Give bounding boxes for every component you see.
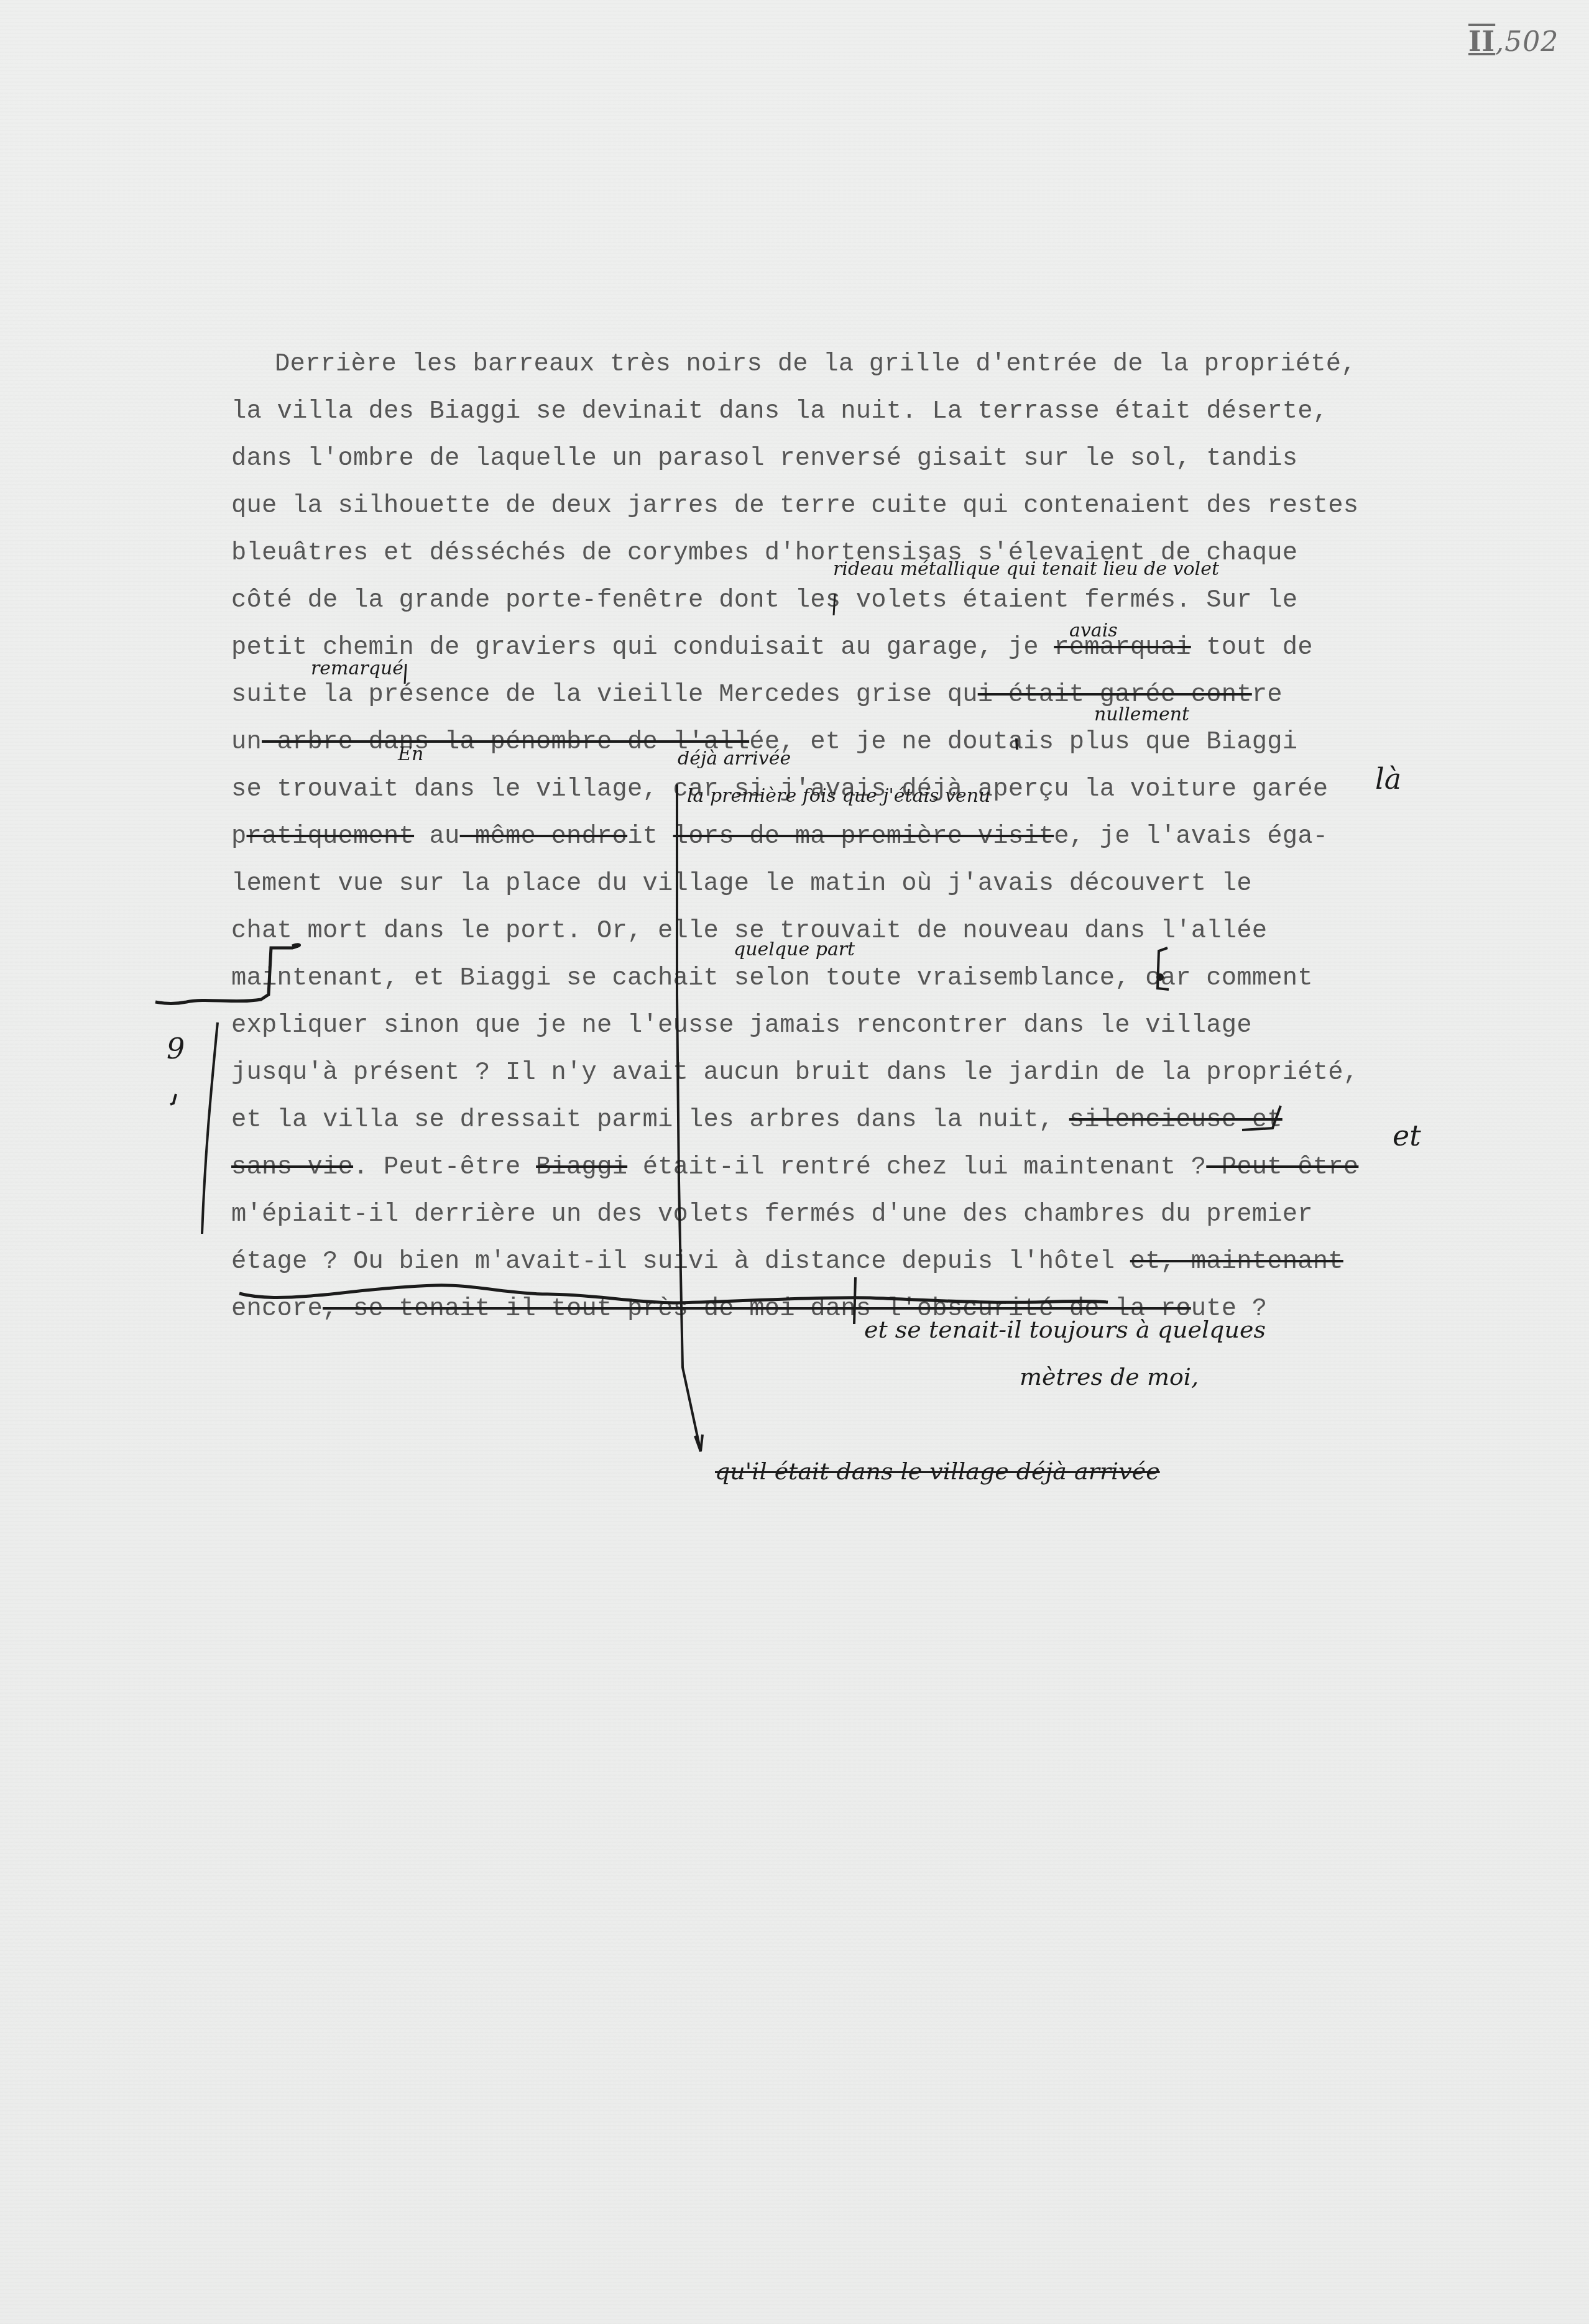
typed-line: suite la présence de la vieille Mercedes…: [231, 671, 1412, 719]
annotation-above-selon: quelque part: [734, 939, 855, 960]
typed-text: Derrière les barreaux très noirs de la g…: [275, 350, 1356, 379]
struck-text: même endro: [460, 822, 628, 851]
annotation-below-route-1: et se tenait-il toujours à quelques: [864, 1316, 1266, 1343]
typed-line: étage ? Ou bien m'avait-il suivi à dista…: [231, 1238, 1412, 1285]
typed-text: étage ? Ou bien m'avait-il suivi à dista…: [231, 1247, 1130, 1276]
typed-line: côté de la grande porte-fenêtre dont les…: [231, 577, 1412, 624]
annotation-above-remarquai: avais: [1069, 620, 1118, 641]
typed-line: que la silhouette de deux jarres de terr…: [231, 482, 1412, 530]
typed-text: était-il rentré chez lui maintenant ?: [627, 1153, 1206, 1182]
annotation-above-dans-le-village: En: [398, 743, 423, 765]
typed-text: re: [1252, 681, 1283, 709]
typed-text: au: [414, 822, 460, 851]
typed-text: jusqu'à présent ? Il n'y avait aucun bru…: [231, 1059, 1358, 1087]
typed-text: suite la présence de la vieille Mercedes…: [231, 681, 978, 709]
typed-line: sans vie. Peut-être Biaggi était-il rent…: [231, 1144, 1412, 1191]
typed-line: et la villa se dressait parmi les arbres…: [231, 1096, 1412, 1144]
annotation-margin-la: là: [1375, 762, 1401, 796]
annotation-above-volets: rideau métallique qui tenait lieu de vol…: [833, 558, 1219, 580]
typed-text: maintenant, et Biaggi se cachait selon t…: [231, 964, 1313, 993]
struck-text: sans vie: [231, 1153, 353, 1182]
annotation-below-route-2: mètres de moi,: [1020, 1363, 1199, 1390]
struck-text: Peut-être: [1206, 1153, 1358, 1182]
typed-line: Derrière les barreaux très noirs de la g…: [231, 341, 1412, 388]
struck-text: arbre dans la pénombre de l'all: [262, 728, 749, 756]
annotation-above-car: déjà arrivée: [678, 748, 791, 769]
typed-text: la villa des Biaggi se devinait dans la …: [231, 397, 1328, 426]
struck-text: silencieuse et: [1069, 1106, 1283, 1134]
typescript-paragraph: Derrière les barreaux très noirs de la g…: [231, 341, 1412, 1333]
typed-line: expliquer sinon que je ne l'eusse jamais…: [231, 1002, 1412, 1049]
annotation-above-la-presence: remarqué: [311, 658, 403, 679]
struck-text: Biaggi: [536, 1153, 627, 1182]
struck-text: ratiquement: [247, 822, 415, 851]
typed-text: et la villa se dressait parmi les arbres…: [231, 1106, 1069, 1134]
annotation-above-plus-que: nullement: [1094, 704, 1189, 725]
typed-text: un: [231, 728, 262, 756]
typed-text: expliquer sinon que je ne l'eusse jamais…: [231, 1011, 1252, 1040]
typed-line: bleuâtres et désséchés de corymbes d'hor…: [231, 530, 1412, 577]
typed-line: m'épiait-il derrière un des volets fermé…: [231, 1191, 1412, 1238]
typed-text: e, je l'avais éga-: [1054, 822, 1328, 851]
annotation-bottom-insert: qu'il était dans le village déjà arrivée: [715, 1458, 1160, 1485]
typed-line: petit chemin de graviers qui conduisait …: [231, 624, 1412, 671]
typed-text: it: [627, 822, 673, 851]
folio-separator: ,: [1495, 26, 1504, 58]
typed-line: dans l'ombre de laquelle un parasol renv…: [231, 435, 1412, 482]
folio-volume: II: [1468, 26, 1495, 58]
typed-text: lement vue sur la place du village le ma…: [231, 870, 1252, 898]
typed-line: jusqu'à présent ? Il n'y avait aucun bru…: [231, 1049, 1412, 1096]
typed-text: . Peut-être: [353, 1153, 536, 1182]
annotation-margin-right-et: et: [1393, 1119, 1421, 1152]
annotation-above-lors-de: la première fois que j'étais venu: [687, 785, 990, 807]
folio-number: II,502: [1468, 26, 1559, 58]
typed-text: côté de la grande porte-fenêtre dont les…: [231, 586, 1297, 615]
typed-line: lement vue sur la place du village le ma…: [231, 860, 1412, 907]
typed-text: encore: [231, 1295, 323, 1323]
typed-text: m'épiait-il derrière un des volets fermé…: [231, 1200, 1313, 1229]
struck-text: lors de ma première visit: [673, 822, 1054, 851]
annotation-margin-left-number: 9: [167, 1032, 185, 1065]
folio-page: 502: [1504, 26, 1559, 58]
struck-text: et, maintenant: [1130, 1247, 1343, 1276]
typed-text: que la silhouette de deux jarres de terr…: [231, 492, 1358, 520]
typed-text: tout de: [1191, 633, 1313, 662]
typed-text: dans l'ombre de laquelle un parasol renv…: [231, 444, 1297, 473]
typed-line: la villa des Biaggi se devinait dans la …: [231, 388, 1412, 435]
typed-line: pratiquement au même endroit lors de ma …: [231, 813, 1412, 860]
typed-text: p: [231, 822, 247, 851]
typed-line: maintenant, et Biaggi se cachait selon t…: [231, 955, 1412, 1002]
typed-text: ée, et je ne doutais plus que Biaggi: [749, 728, 1297, 756]
